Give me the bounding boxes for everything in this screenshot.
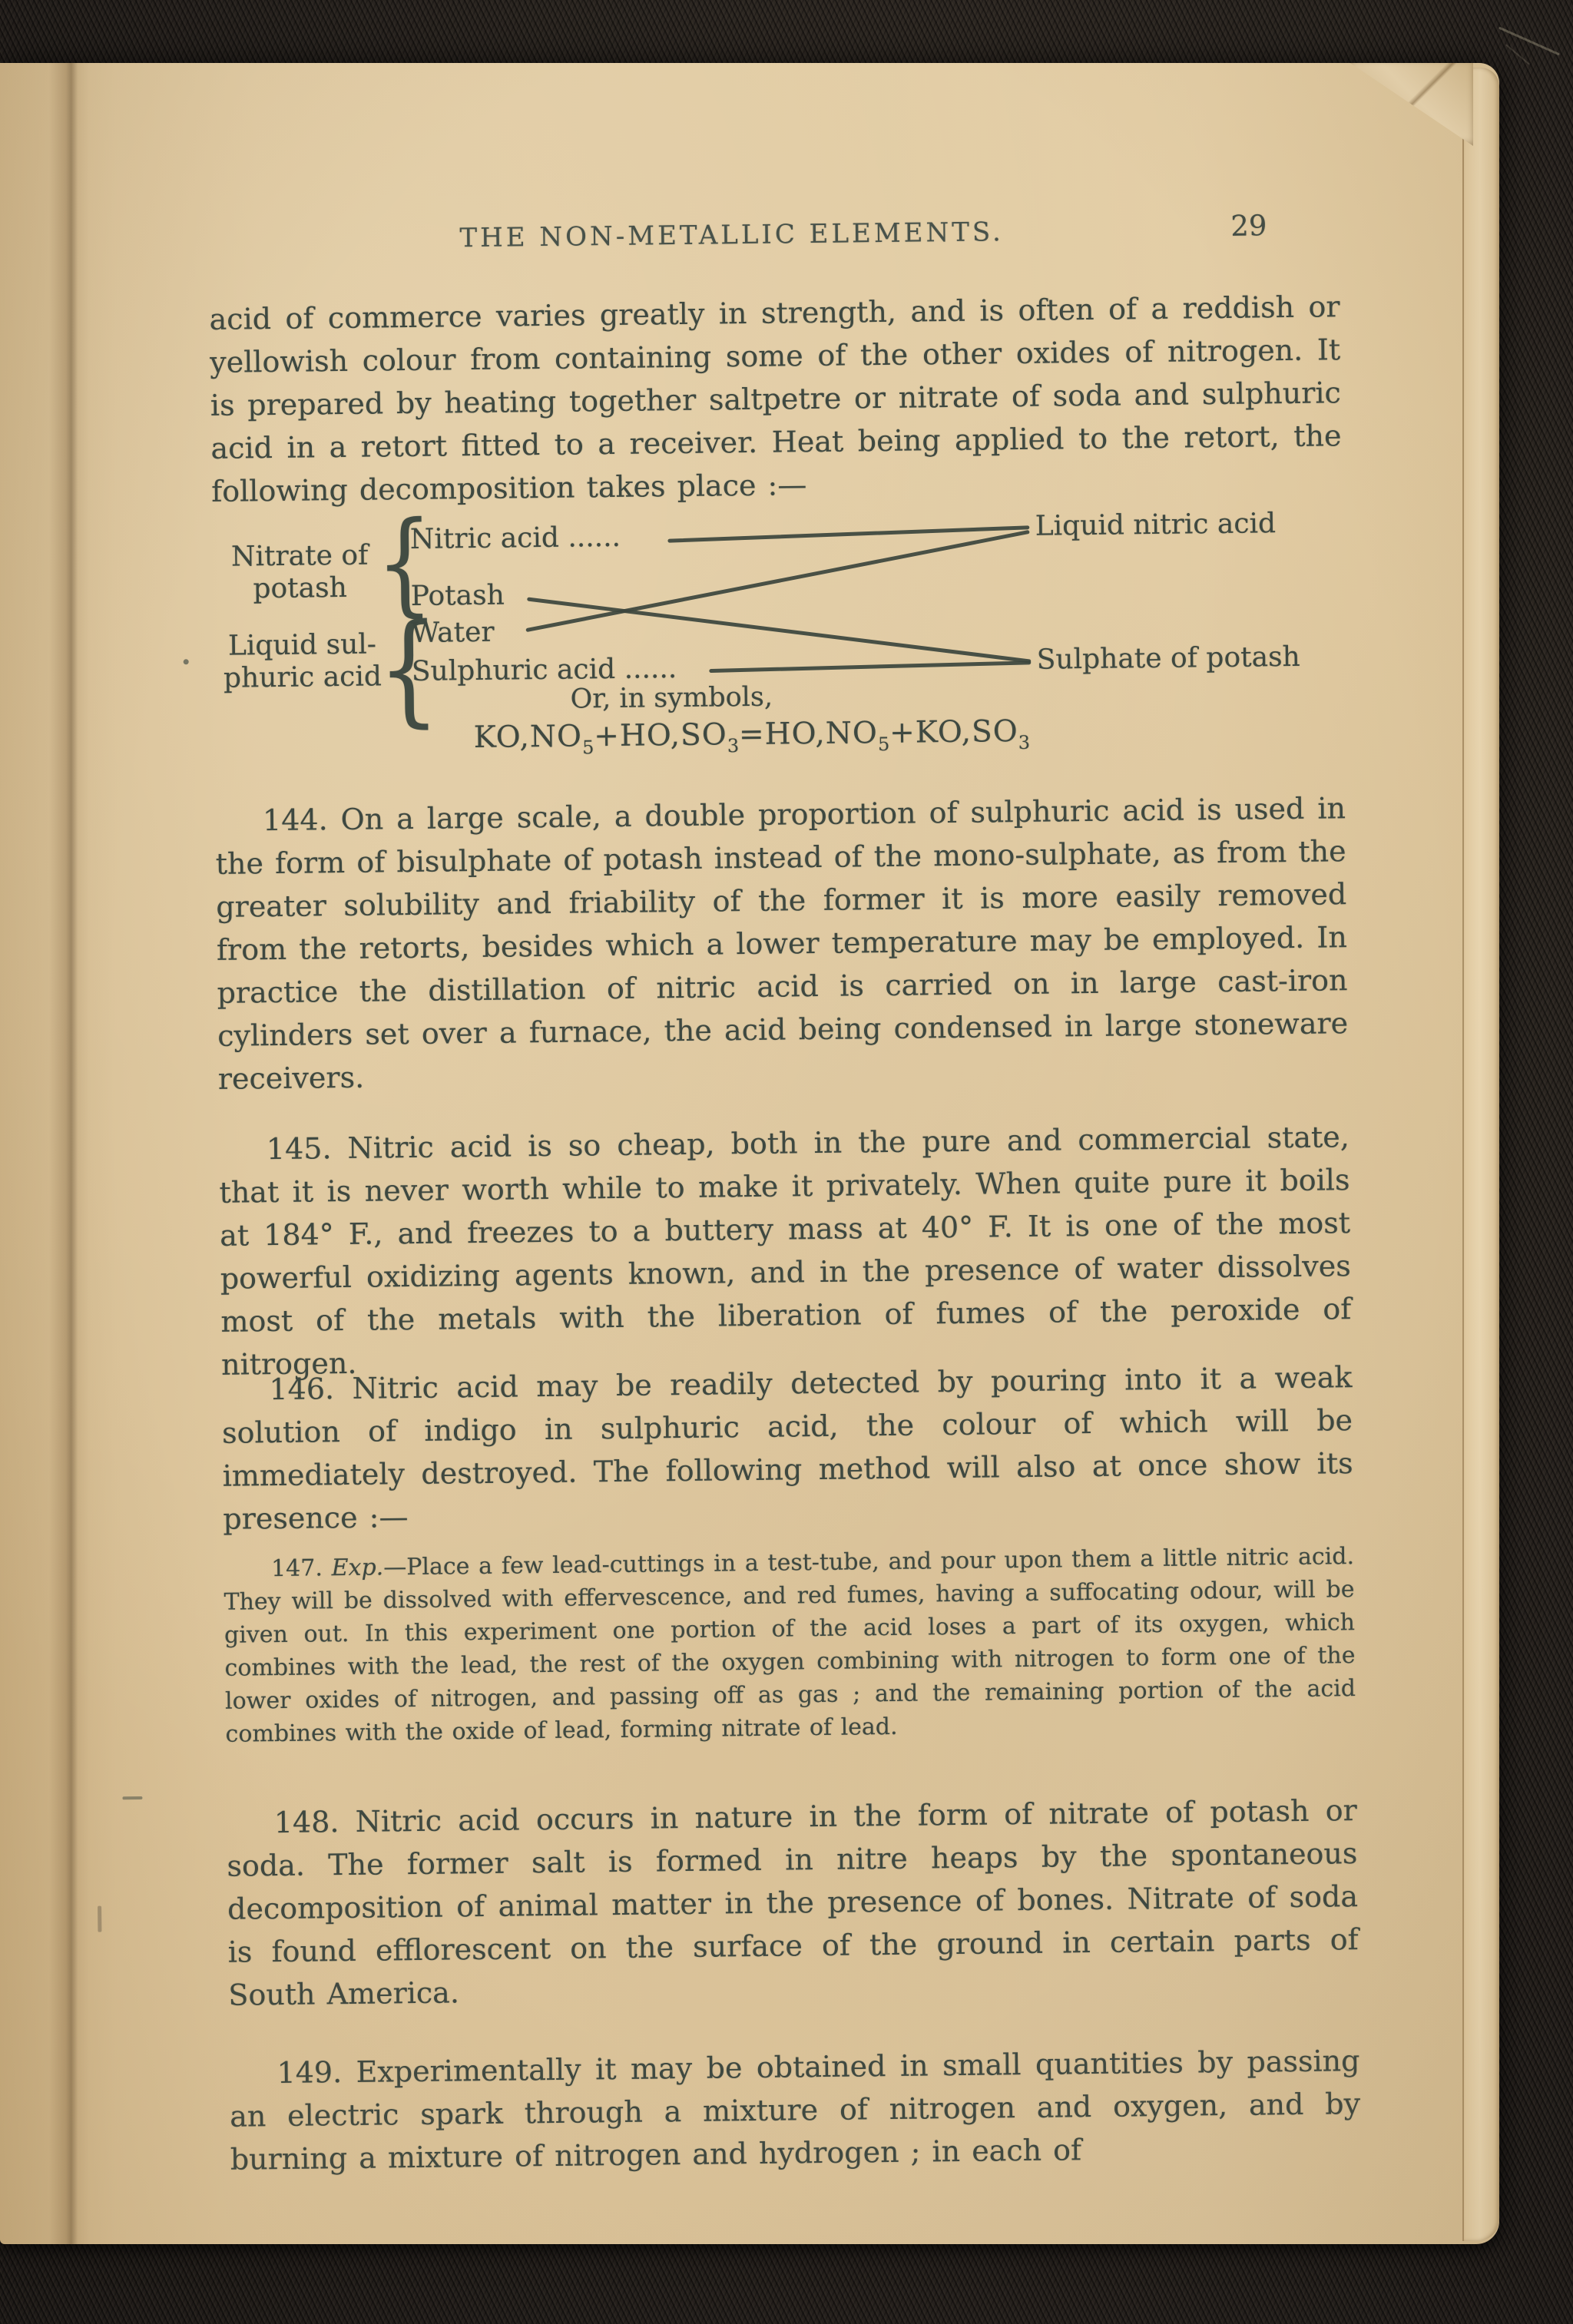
- equation-term: +KO,SO: [889, 714, 1018, 750]
- equation-term: +HO,SO: [594, 717, 727, 753]
- experiment-label: Exp.: [331, 1554, 383, 1581]
- equation-subscript: 3: [727, 735, 740, 756]
- ink-speck: [122, 1796, 142, 1799]
- page-number: 29: [1230, 209, 1267, 243]
- experiment-text: —Place a few lead-cuttings in a test-tub…: [224, 1543, 1356, 1748]
- ink-speck: [98, 1906, 101, 1932]
- running-header-title: THE NON-METALLIC ELEMENTS.: [459, 217, 997, 253]
- paragraph-147-experiment: 147. Exp.—Place a few lead-cuttings in a…: [224, 1540, 1356, 1751]
- component-nitric-acid: Nitric acid ......: [410, 521, 621, 555]
- paragraph-149: 149. Experimentally it may be obtained i…: [229, 2039, 1361, 2181]
- component-sulphuric-acid: Sulphuric acid ......: [412, 653, 677, 687]
- reactant-label-line: Liquid sul-: [213, 628, 391, 663]
- reactant-label-liquid-sulphuric-acid: Liquid sul- phuric acid: [213, 628, 392, 695]
- equation-subscript: 5: [582, 737, 594, 758]
- printed-content: THE NON-METALLIC ELEMENTS. 29 acid of co…: [0, 55, 1512, 2253]
- reactant-label-nitrate-of-potash: Nitrate of potash: [223, 539, 377, 605]
- paragraph-146: 146. Nitric acid may be readily detected…: [221, 1356, 1353, 1541]
- fabric-scratch: [1498, 27, 1560, 56]
- reactant-label-line: potash: [223, 571, 376, 605]
- paragraph-intro: acid of commerce varies greatly in stren…: [209, 285, 1342, 513]
- photo-scene: { "header": { "title": "THE NON-METALLIC…: [0, 0, 1573, 2324]
- component-water: Water: [411, 617, 495, 649]
- fabric-scratch: [1505, 44, 1530, 65]
- paragraph-number: 147.: [271, 1554, 332, 1582]
- reactant-label-line: Nitrate of: [223, 539, 376, 573]
- equation-term: =HO,NO: [739, 716, 878, 752]
- paragraph-148: 148. Nitric acid occurs in nature in the…: [227, 1789, 1359, 2017]
- equation-term: KO,NO: [473, 719, 582, 755]
- paragraph-144: 144. On a large scale, a double proporti…: [215, 786, 1349, 1101]
- product-sulphate-of-potash: Sulphate of potash: [1036, 641, 1300, 676]
- product-liquid-nitric-acid: Liquid nitric acid: [1035, 508, 1277, 542]
- ink-speck: [184, 659, 189, 664]
- equation-subscript: 5: [878, 733, 890, 755]
- equation-subscript: 3: [1018, 732, 1031, 753]
- paragraph-145: 145. Nitric acid is so cheap, both in th…: [219, 1115, 1353, 1386]
- book-page: THE NON-METALLIC ELEMENTS. 29 acid of co…: [0, 63, 1499, 2244]
